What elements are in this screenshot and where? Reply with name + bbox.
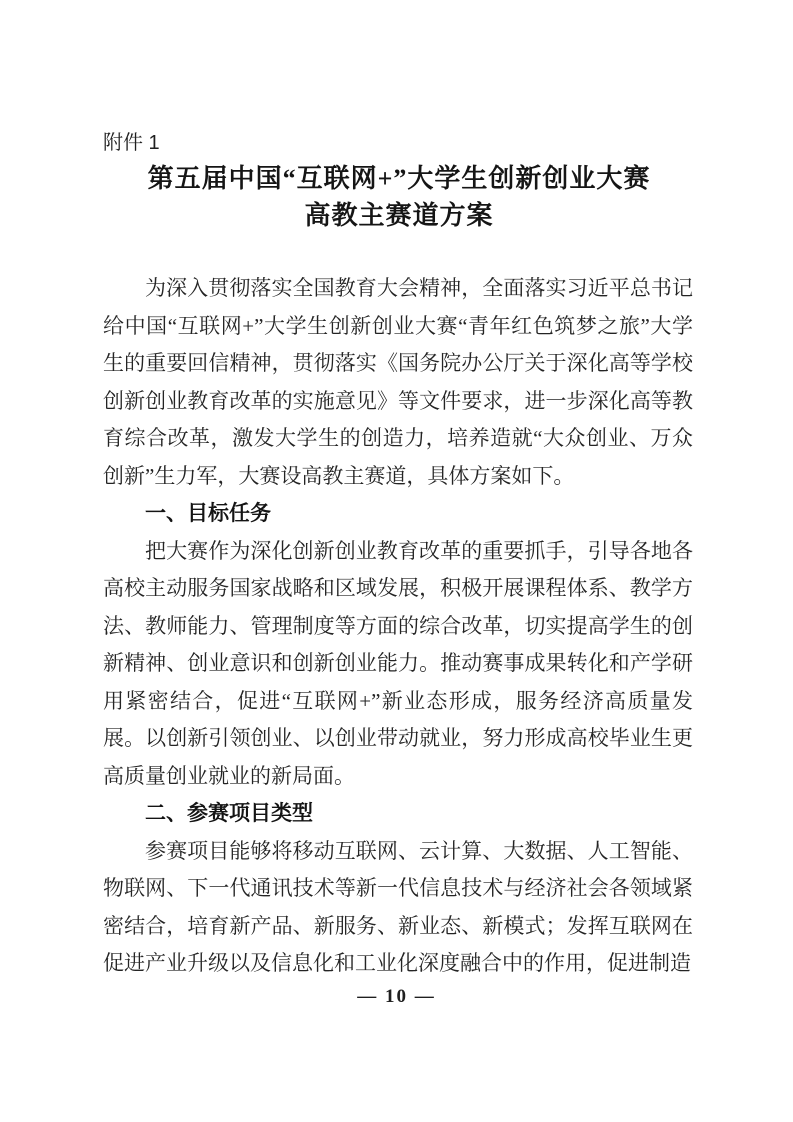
document-page: 附件 1 第五届中国“互联网+”大学生创新创业大赛 高教主赛道方案 为深入贯彻落…: [0, 0, 793, 1122]
paragraph-project-types: 参赛项目能够将移动互联网、云计算、大数据、人工智能、物联网、下一代通讯技术等新一…: [103, 833, 693, 983]
page-number: — 10 —: [0, 986, 793, 1008]
title-line-2: 高教主赛道方案: [103, 197, 695, 234]
document-body: 为深入贯彻落实全国教育大会精神，全面落实习近平总书记给中国“互联网+”大学生创新…: [103, 270, 693, 983]
title-line-1: 第五届中国“互联网+”大学生创新创业大赛: [103, 160, 695, 197]
paragraph-goals: 把大赛作为深化创新创业教育改革的重要抓手，引导各地各高校主动服务国家战略和区域发…: [103, 533, 693, 796]
document-title: 第五届中国“互联网+”大学生创新创业大赛 高教主赛道方案: [103, 160, 695, 234]
paragraph-intro: 为深入贯彻落实全国教育大会精神，全面落实习近平总书记给中国“互联网+”大学生创新…: [103, 270, 693, 495]
section-heading-1: 一、目标任务: [103, 495, 693, 533]
attachment-label: 附件 1: [103, 131, 160, 155]
section-heading-2: 二、参赛项目类型: [103, 795, 693, 833]
